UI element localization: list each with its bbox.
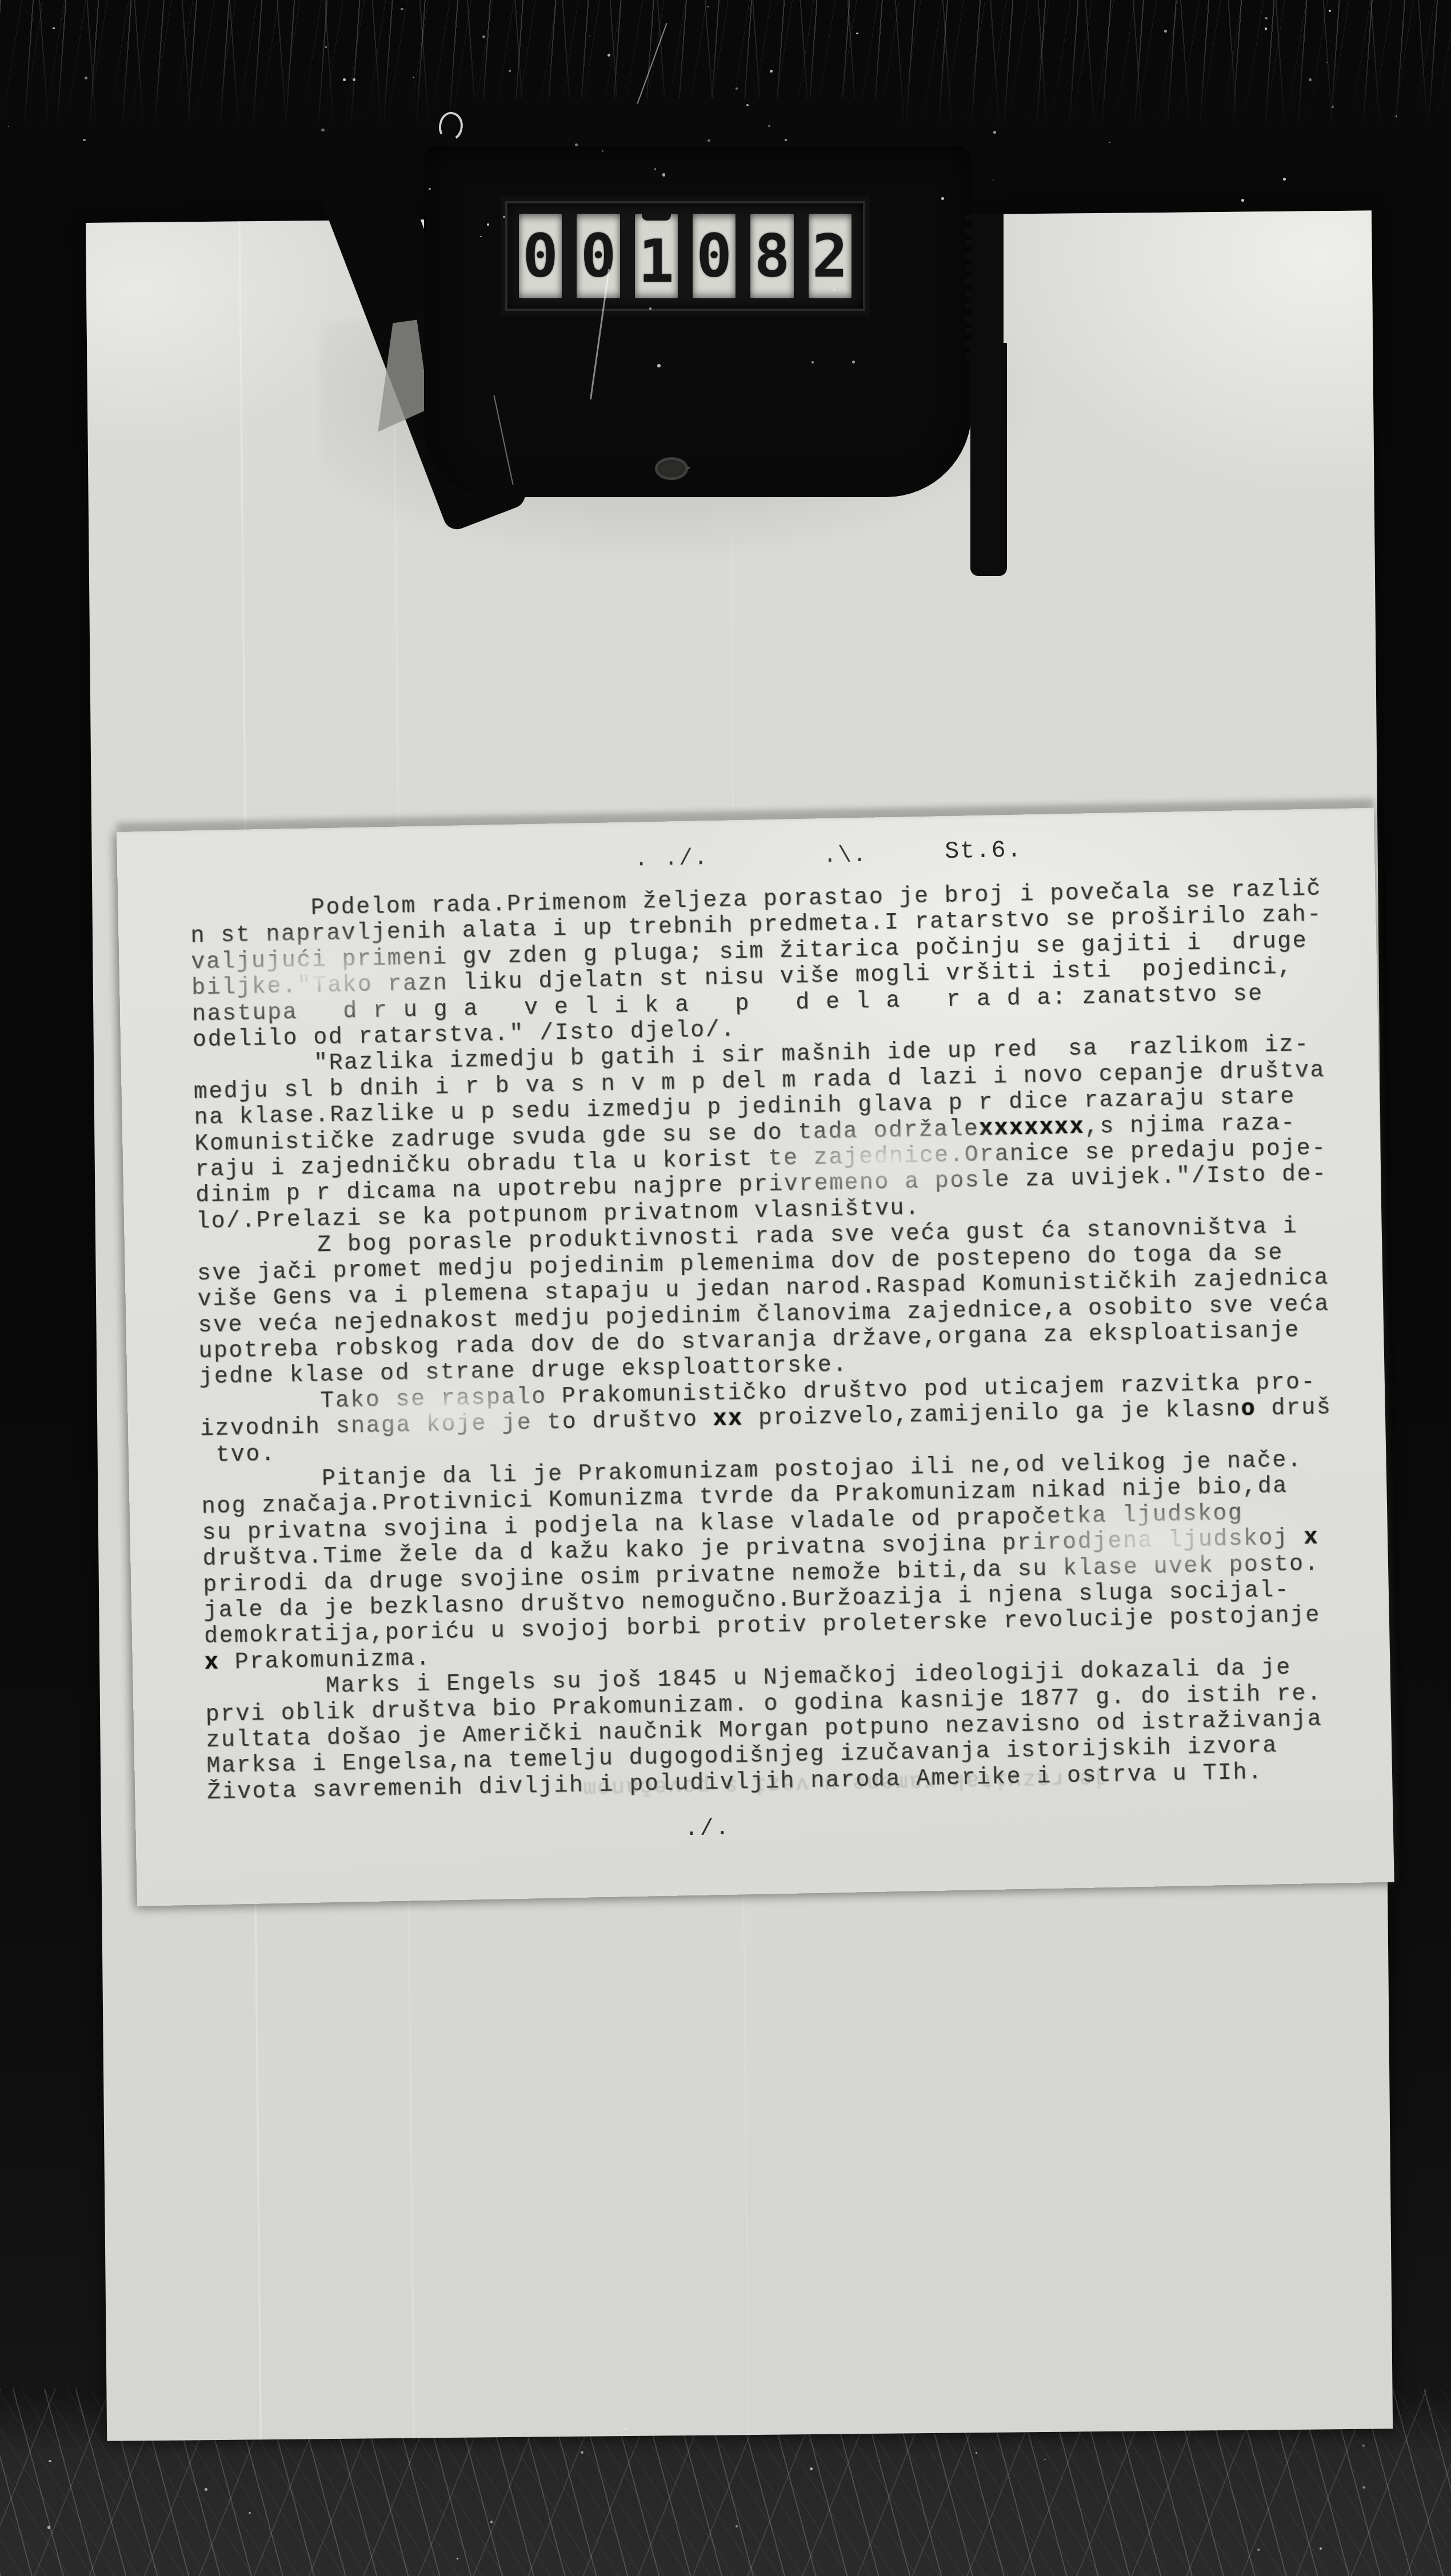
counter-digit: 0 — [691, 213, 737, 299]
header-slash-mark: . ./. — [634, 846, 709, 873]
footer-slash-mark: ./. — [684, 1816, 731, 1843]
dust-speck — [1257, 2549, 1260, 2551]
dust-speck — [768, 125, 770, 127]
dust-speck — [662, 173, 665, 176]
counter-body — [424, 146, 972, 497]
dust-speck — [1396, 115, 1397, 117]
ink-fade-patch — [740, 1111, 1038, 1209]
dust-speck — [687, 467, 690, 469]
dust-speck — [993, 179, 994, 181]
ink-fade-patch — [315, 1366, 580, 1457]
counter-digit: 0 — [518, 213, 563, 299]
dust-speck — [1294, 2422, 1297, 2425]
dust-speck — [49, 2460, 51, 2463]
dust-speck — [1164, 30, 1167, 33]
dust-speck — [575, 143, 578, 146]
typed-page: . ./. .\. St.6. Podelom rada.Primenom že… — [117, 808, 1394, 1906]
dust-speck — [1309, 78, 1312, 81]
dust-speck — [429, 188, 430, 190]
microfilm-scan-frame: ov.stestoojje /eveuxvenvsdbodlovvejsveim… — [0, 0, 1451, 2576]
dust-speck — [1283, 178, 1286, 181]
dust-speck — [503, 216, 505, 218]
page-number: St.6. — [944, 837, 1022, 866]
dust-speck — [401, 8, 403, 11]
dust-speck — [810, 2467, 813, 2470]
dust-speck — [83, 139, 85, 141]
dust-speck — [581, 2451, 583, 2454]
dust-speck — [649, 307, 651, 309]
counter-rack-mount — [970, 343, 1007, 576]
counter-digit: 2 — [808, 213, 853, 299]
dust-speck — [490, 2521, 493, 2523]
dust-speck — [746, 104, 749, 106]
dust-speck — [205, 2488, 207, 2490]
counter-digit: 1 — [634, 213, 679, 299]
dust-speck — [325, 46, 327, 48]
counter-digit-window: 001082 — [505, 201, 865, 311]
dust-speck — [976, 2452, 977, 2454]
ink-fade-patch — [998, 1489, 1320, 1593]
counter-screw — [655, 457, 688, 480]
counter-digit: 8 — [749, 213, 794, 299]
dust-speck — [941, 197, 944, 200]
dust-speck — [607, 54, 610, 57]
dust-speck — [53, 27, 55, 30]
dust-speck — [249, 2512, 251, 2514]
dust-speck — [654, 168, 656, 170]
dust-speck — [1265, 27, 1268, 30]
dust-speck — [482, 35, 485, 38]
header-tick-mark: .\. — [823, 843, 868, 869]
dust-speck — [457, 2558, 458, 2559]
ink-fade-patch — [153, 922, 474, 1031]
dust-speck — [657, 364, 660, 367]
dust-speck — [487, 223, 489, 225]
counter-digit: 0 — [575, 213, 621, 299]
dust-speck — [1241, 199, 1244, 202]
dust-speck — [770, 70, 773, 73]
